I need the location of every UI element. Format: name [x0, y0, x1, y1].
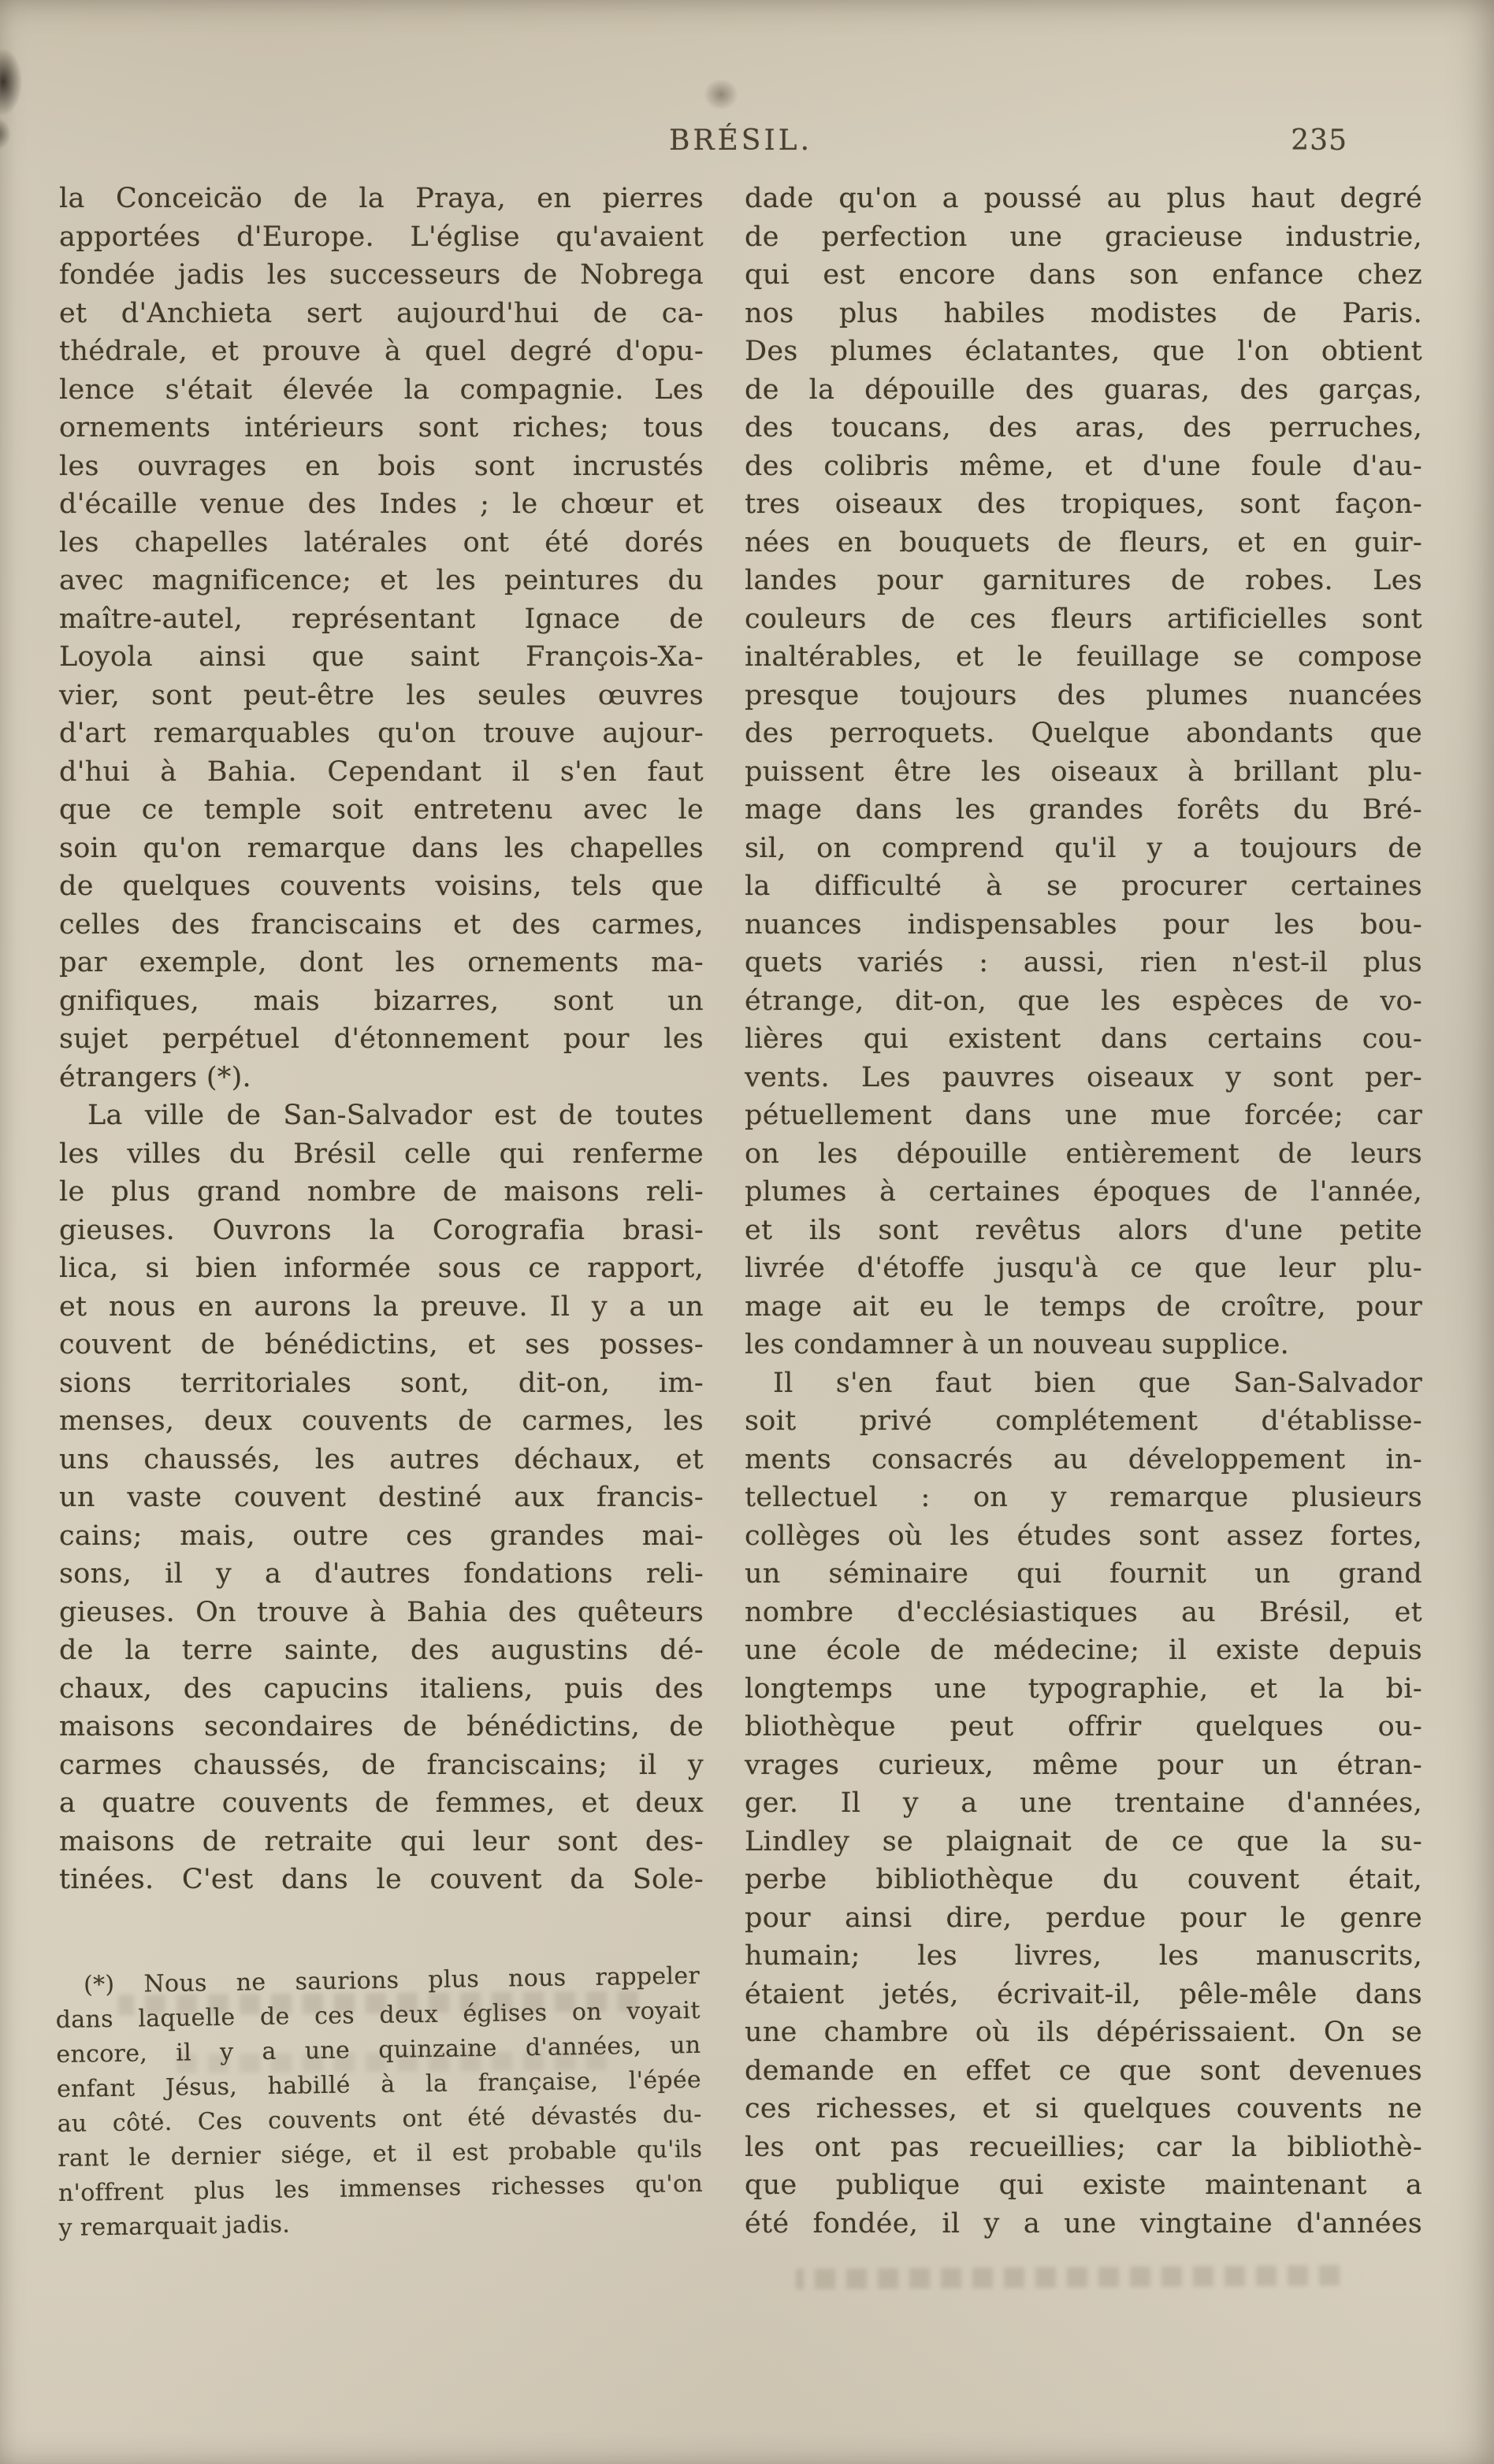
text-line: menses, deux couvents de carmes, les — [59, 1402, 704, 1441]
text-line: le plus grand nombre de maisons reli- — [59, 1173, 704, 1212]
left-column: la Conceicäo de la Praya, en pierresappo… — [59, 180, 704, 2246]
text-line: nos plus habiles modistes de Paris. — [745, 295, 1422, 333]
text-line: sions territoriales sont, dit-on, im- — [59, 1364, 704, 1403]
scan-smudge — [0, 49, 22, 115]
text-line: mage ait eu le temps de croître, pour — [745, 1288, 1422, 1327]
text-line: des toucans, des aras, des perruches, — [745, 409, 1422, 447]
right-column-text: dade qu'on a poussé au plus haut degréde… — [745, 180, 1422, 2243]
text-line: puissent être les oiseaux à brillant plu… — [745, 753, 1422, 792]
text-line: sujet perpétuel d'étonnement pour les — [59, 1020, 704, 1059]
page-number: 235 — [1291, 124, 1347, 157]
text-line: ments consacrés au développement in- — [745, 1441, 1422, 1479]
right-column: dade qu'on a poussé au plus haut degréde… — [745, 180, 1422, 2243]
text-line: dade qu'on a poussé au plus haut degré — [745, 180, 1422, 218]
text-line: une école de médecine; il existe depuis — [745, 1631, 1422, 1670]
text-line: plumes à certaines époques de l'année, — [745, 1173, 1422, 1212]
text-line: fondée jadis les successeurs de Nobrega — [59, 256, 704, 295]
text-line: chaux, des capucins italiens, puis des — [59, 1670, 704, 1709]
text-line: maisons secondaires de bénédictins, de — [59, 1708, 704, 1746]
text-line: étrange, dit-on, que les espèces de vo- — [745, 982, 1422, 1021]
text-line: gieuses. Ouvrons la Corografia brasi- — [59, 1212, 704, 1250]
text-line: qui est encore dans son enfance chez — [745, 256, 1422, 295]
text-line: sons, il y a d'autres fondations reli- — [59, 1555, 704, 1594]
text-line: que publique qui existe maintenant a — [745, 2166, 1422, 2205]
text-line: demande en effet ce que sont devenues — [745, 2052, 1422, 2091]
text-line: vier, sont peut-être les seules œuvres — [59, 677, 704, 715]
text-line: et d'Anchieta sert aujourd'hui de ca- — [59, 295, 704, 333]
text-line: collèges où les études sont assez fortes… — [745, 1517, 1422, 1556]
text-line: vents. Les pauvres oiseaux y sont per- — [745, 1059, 1422, 1097]
text-line: une chambre où ils dépérissaient. On se — [745, 2013, 1422, 2052]
scan-smudge — [704, 79, 738, 110]
text-line: maître-autel, représentant Ignace de — [59, 600, 704, 639]
ink-showthrough — [796, 2265, 1340, 2290]
text-line: les ont pas recueillies; car la biblioth… — [745, 2128, 1422, 2167]
text-line: lica, si bien informée sous ce rapport, — [59, 1249, 704, 1288]
text-line: étaient jetés, écrivait-il, pêle-mêle da… — [745, 1976, 1422, 2014]
text-line: par exemple, dont les ornements ma- — [59, 944, 704, 982]
text-line: carmes chaussés, de franciscains; il y — [59, 1746, 704, 1785]
text-line: couvent de bénédictins, et ses posses- — [59, 1326, 704, 1364]
text-line: d'art remarquables qu'on trouve aujour- — [59, 714, 704, 753]
text-line: des colibris même, et d'une foule d'au- — [745, 447, 1422, 486]
text-line: lières qui existent dans certains cou- — [745, 1020, 1422, 1059]
text-line: quets variés : aussi, rien n'est-il plus — [745, 944, 1422, 982]
text-line: vrages curieux, même pour un étran- — [745, 1746, 1422, 1785]
scanned-book-page: BRÉSIL. 235 la Conceicäo de la Praya, en… — [0, 0, 1494, 2464]
text-line: mage dans les grandes forêts du Bré- — [745, 791, 1422, 829]
text-line: que ce temple soit entretenu avec le — [59, 791, 704, 829]
text-line: de perfection une gracieuse industrie, — [745, 218, 1422, 257]
text-line: les villes du Brésil celle qui renferme — [59, 1135, 704, 1174]
footnote: (*) Nous ne saurions plus nous rappelerd… — [55, 1958, 704, 2245]
text-line: apportées d'Europe. L'église qu'avaient — [59, 218, 704, 257]
text-line: landes pour garnitures de robes. Les — [745, 562, 1422, 600]
text-line: soit privé complétement d'établisse- — [745, 1402, 1422, 1441]
text-line: on les dépouille entièrement de leurs — [745, 1135, 1422, 1174]
text-columns: la Conceicäo de la Praya, en pierresappo… — [59, 180, 1422, 2246]
text-line: tellectuel : on y remarque plusieurs — [745, 1479, 1422, 1517]
text-line: perbe bibliothèque du couvent était, — [745, 1861, 1422, 1899]
text-line: couleurs de ces fleurs artificielles son… — [745, 600, 1422, 639]
text-line: bliothèque peut offrir quelques ou- — [745, 1708, 1422, 1746]
text-line: cains; mais, outre ces grandes mai- — [59, 1517, 704, 1556]
text-line: longtemps une typographie, et la bi- — [745, 1670, 1422, 1709]
text-line: les chapelles latérales ont été dorés — [59, 524, 704, 562]
text-line: gnifiques, mais bizarres, sont un — [59, 982, 704, 1021]
text-line: nuances indispensables pour les bou- — [745, 906, 1422, 944]
text-line: un séminaire qui fournit un grand — [745, 1555, 1422, 1594]
text-line: tres oiseaux des tropiques, sont façon- — [745, 485, 1422, 524]
text-line: les ouvrages en bois sont incrustés — [59, 447, 704, 486]
text-line: nées en bouquets de fleurs, et en guir- — [745, 524, 1422, 562]
text-line: Des plumes éclatantes, que l'on obtient — [745, 332, 1422, 371]
text-line: thédrale, et prouve à quel degré d'opu- — [59, 332, 704, 371]
text-line: la Conceicäo de la Praya, en pierres — [59, 180, 704, 218]
text-line: soin qu'on remarque dans les chapelles — [59, 829, 704, 868]
text-line: été fondée, il y a une vingtaine d'année… — [745, 2205, 1422, 2243]
running-title: BRÉSIL. — [669, 124, 812, 157]
text-line: celles des franciscains et des carmes, — [59, 906, 704, 944]
text-line: pour ainsi dire, perdue pour le genre — [745, 1899, 1422, 1938]
text-line: de la terre sainte, des augustins dé- — [59, 1631, 704, 1670]
text-line: ces richesses, et si quelques couvents n… — [745, 2090, 1422, 2128]
text-line: sil, on comprend qu'il y a toujours de — [745, 829, 1422, 868]
text-line: la difficulté à se procurer certaines — [745, 867, 1422, 906]
text-line: un vaste couvent destiné aux francis- — [59, 1479, 704, 1517]
text-line: et ils sont revêtus alors d'une petite — [745, 1212, 1422, 1250]
text-line: presque toujours des plumes nuancées — [745, 677, 1422, 715]
text-line: d'hui à Bahia. Cependant il s'en faut — [59, 753, 704, 792]
text-line: les condamner à un nouveau supplice. — [745, 1326, 1422, 1364]
text-line: uns chaussés, les autres déchaux, et — [59, 1441, 704, 1479]
text-line: Loyola ainsi que saint François-Xa- — [59, 638, 704, 677]
text-line: a quatre couvents de femmes, et deux — [59, 1784, 704, 1823]
text-line: et nous en aurons la preuve. Il y a un — [59, 1288, 704, 1327]
text-line: des perroquets. Quelque abondants que — [745, 714, 1422, 753]
text-line: maisons de retraite qui leur sont des- — [59, 1823, 704, 1861]
left-column-text: la Conceicäo de la Praya, en pierresappo… — [59, 180, 704, 1899]
text-line: de la dépouille des guaras, des garças, — [745, 371, 1422, 410]
scan-smudge — [0, 118, 11, 150]
text-line: Il s'en faut bien que San-Salvador — [745, 1364, 1422, 1403]
text-line: lence s'était élevée la compagnie. Les — [59, 371, 704, 410]
text-line: d'écaille venue des Indes ; le chœur et — [59, 485, 704, 524]
text-line: La ville de San-Salvador est de toutes — [59, 1097, 704, 1135]
text-line: tinées. C'est dans le couvent da Sole- — [59, 1861, 704, 1899]
text-line: avec magnificence; et les peintures du — [59, 562, 704, 600]
text-line: ornements intérieurs sont riches; tous — [59, 409, 704, 447]
text-line: inaltérables, et le feuillage se compose — [745, 638, 1422, 677]
text-line: Lindley se plaignait de ce que la su- — [745, 1823, 1422, 1861]
text-line: gieuses. On trouve à Bahia des quêteurs — [59, 1594, 704, 1632]
text-line: de quelques couvents voisins, tels que — [59, 867, 704, 906]
text-line: pétuellement dans une mue forcée; car — [745, 1097, 1422, 1135]
text-line: ger. Il y a une trentaine d'années, — [745, 1784, 1422, 1823]
text-line: livrée d'étoffe jusqu'à ce que leur plu- — [745, 1249, 1422, 1288]
running-head: BRÉSIL. 235 — [59, 124, 1422, 165]
text-line: étrangers (*). — [59, 1059, 704, 1097]
text-line: humain; les livres, les manuscrits, — [745, 1937, 1422, 1976]
text-line: nombre d'ecclésiastiques au Brésil, et — [745, 1594, 1422, 1632]
